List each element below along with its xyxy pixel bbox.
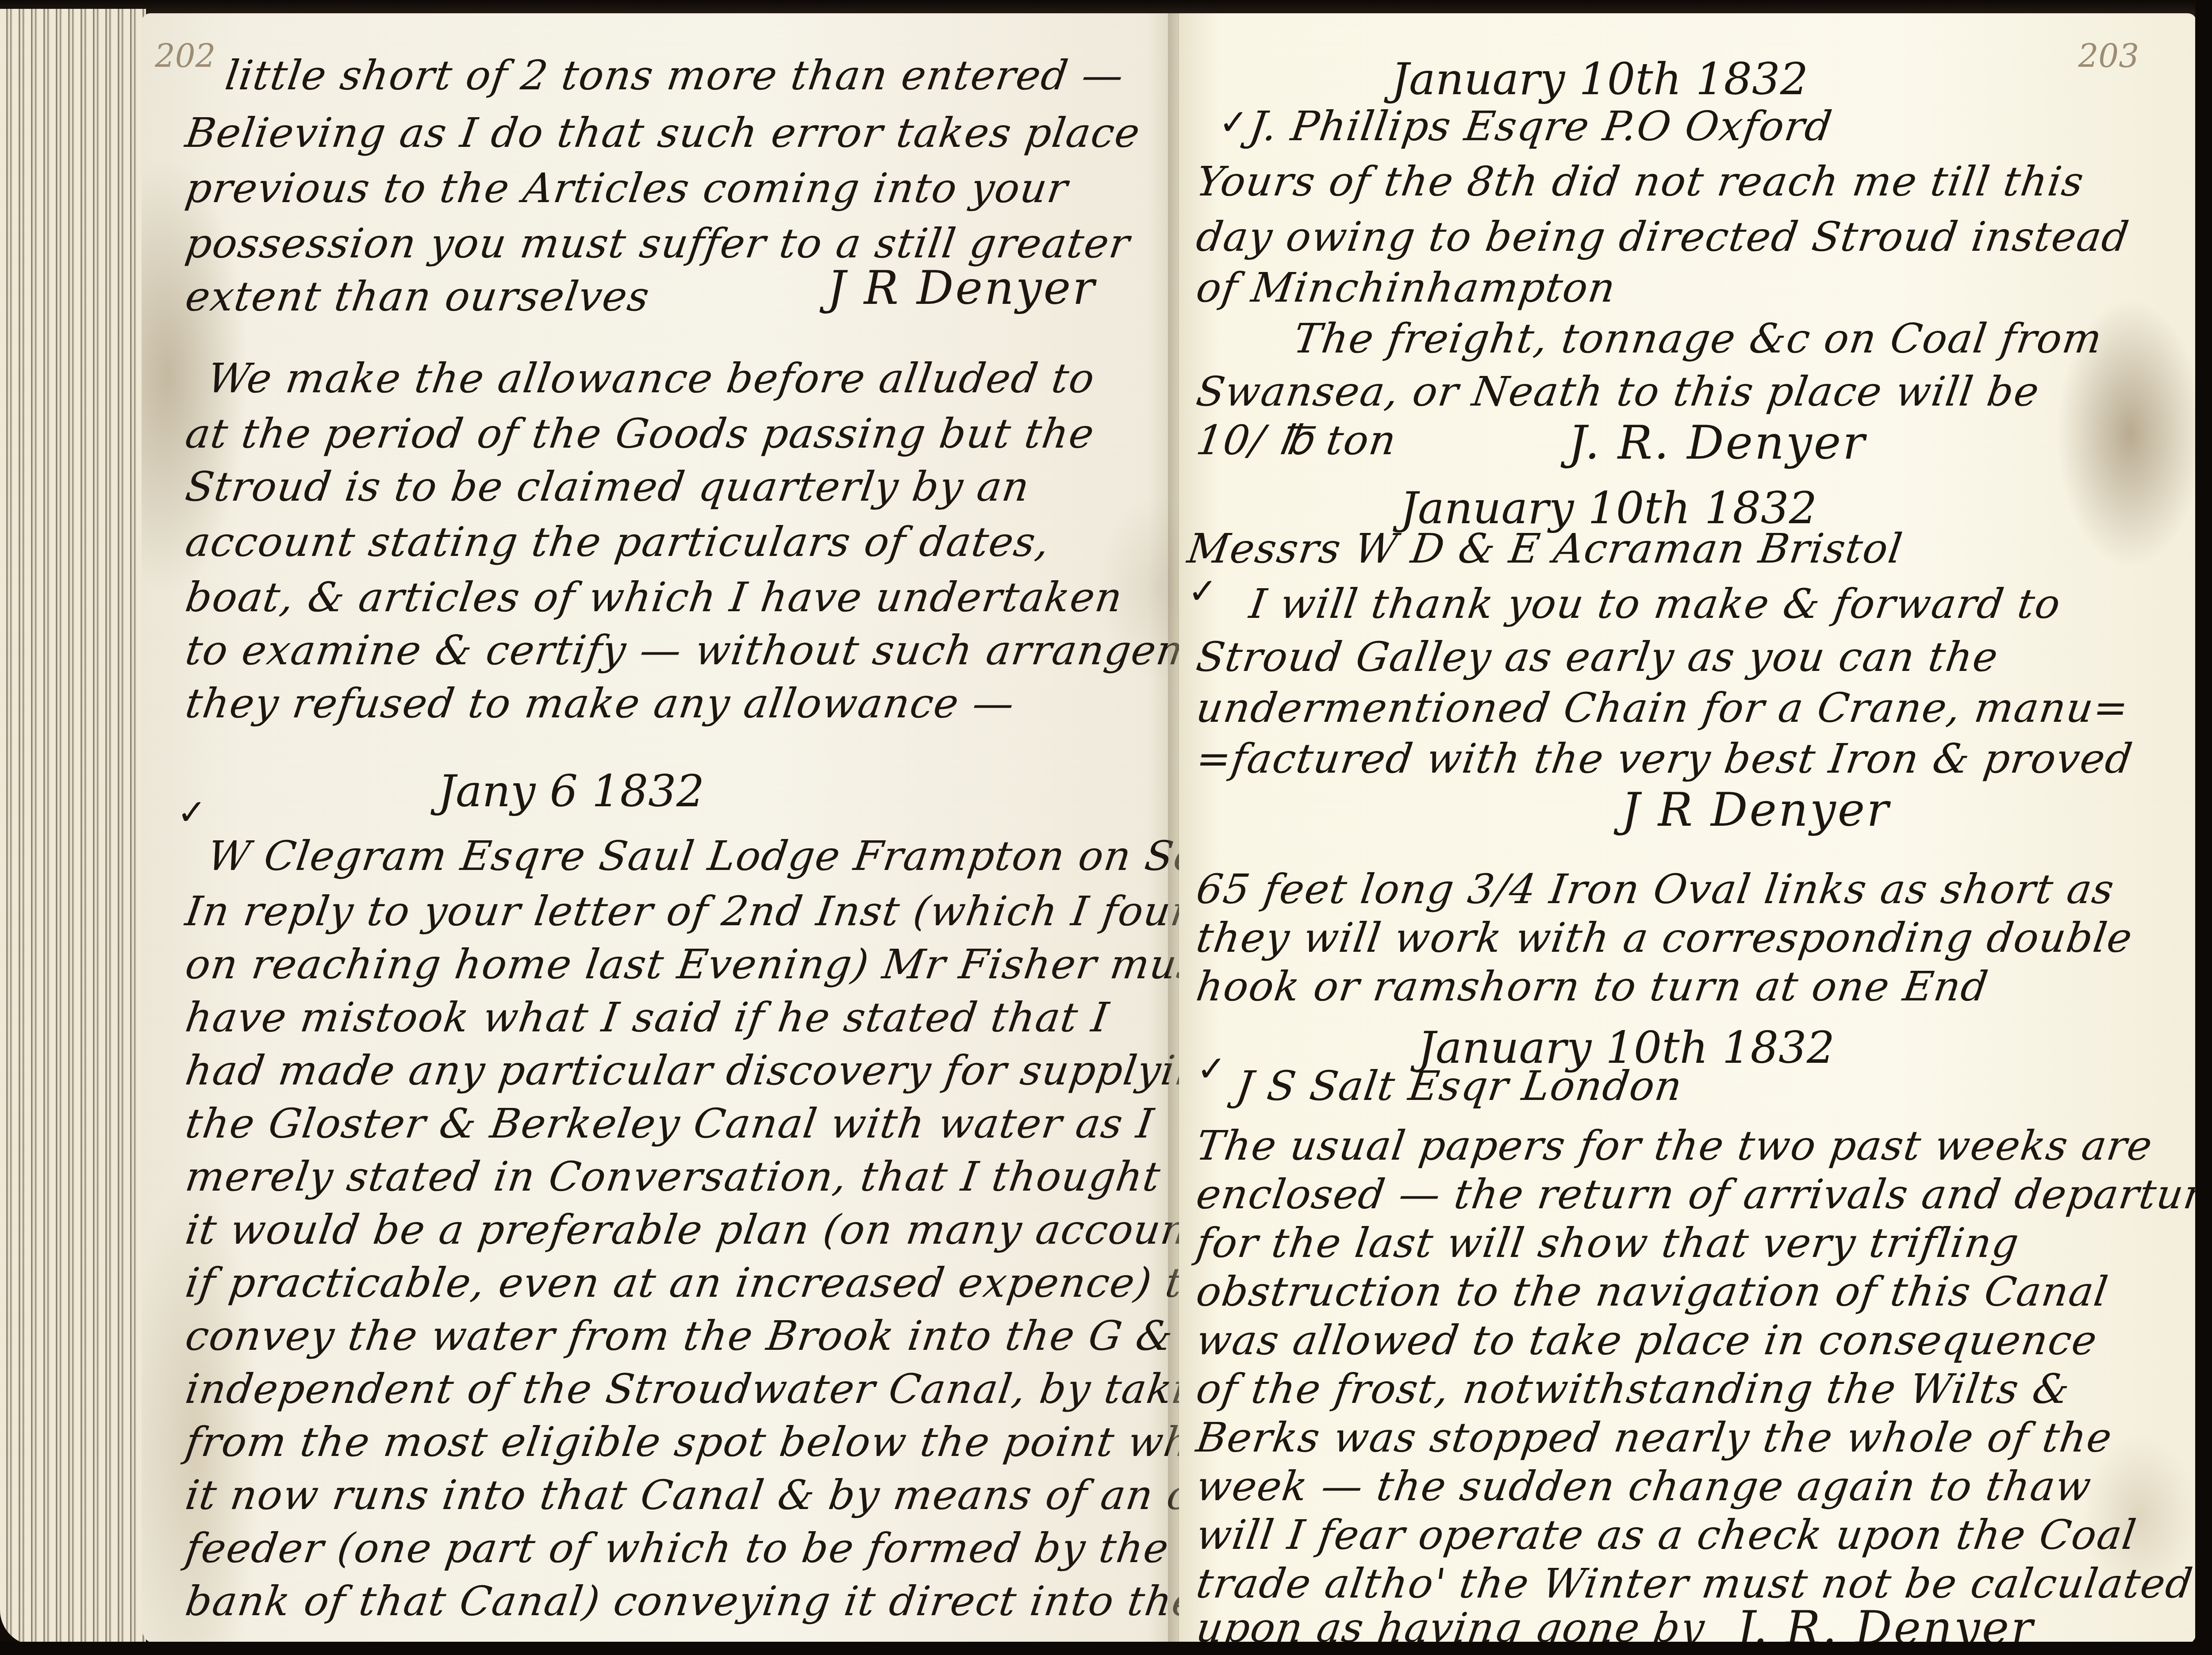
text-line: In reply to your letter of 2nd Inst (whi… [183, 891, 1179, 932]
letter-date: January 10th 1832 [1391, 53, 1808, 105]
signature-text: J. R. Denyer [1736, 1601, 2035, 1645]
text-line: We make the allowance before alluded to [205, 358, 1098, 399]
text-line: The usual papers for the two past weeks … [1194, 1126, 2155, 1166]
left-page: 202 little short of 2 tons more than ent… [142, 13, 1179, 1645]
signature: J R Denyer [827, 261, 1096, 315]
text-line: possession you must suffer to a still gr… [183, 223, 1133, 264]
page-stack-fore-edge [0, 9, 146, 1645]
postscript-line: hook or ramshorn to turn at one End [1194, 966, 1991, 1007]
text-line: Swansea, or Neath to this place will be [1194, 372, 2042, 412]
text-line: The freight, tonnage &c on Coal from [1291, 318, 2105, 359]
text-line: of the frost, notwithstanding the Wilts … [1194, 1369, 2073, 1410]
signature-text: J R Denyer [827, 261, 1096, 315]
text-line: on reaching home last Evening) Mr Fisher… [183, 944, 1179, 985]
text-line: to examine & certify — without such arra… [183, 630, 1179, 671]
text-line: bank of that Canal) conveying it direct … [183, 1581, 1179, 1622]
letter-addressee: W Clegram Esqre Saul Lodge Frampton on S… [205, 836, 1179, 877]
text-line: 10/ ℔ ton [1194, 420, 1399, 461]
text-line: Stroud is to be claimed quarterly by an [183, 467, 1033, 507]
text-line: little short of 2 tons more than entered… [223, 55, 1127, 96]
postscript-line: 65 feet long 3/4 Iron Oval links as shor… [1194, 869, 2117, 910]
checkmark-icon: ✓ [1188, 571, 1217, 612]
letter-addressee: Messrs W D & E Acraman Bristol [1185, 529, 1905, 569]
signature-text: J. R. Denyer [1568, 416, 1866, 470]
text-line: =factured with the very best Iron & prov… [1194, 739, 2135, 779]
text-line: week — the sudden change again to thaw [1194, 1466, 2094, 1507]
text-line: they refused to make any allowance — [183, 683, 1018, 724]
signature: J. R. Denyer [1568, 416, 1866, 470]
text-line: undermentioned Chain for a Crane, manu= [1194, 688, 2132, 728]
checkmark-icon: ✓ [1197, 1048, 1226, 1089]
book-cover-bottom [0, 1642, 2212, 1655]
text-line: extent than ourselves [183, 276, 653, 317]
text-line: account stating the particulars of dates… [183, 522, 1053, 563]
checkmark-icon: ✓ [177, 792, 207, 833]
text-line: feeder (one part of which to be formed b… [183, 1528, 1179, 1569]
text-line: enclosed — the return of arrivals and de… [1194, 1174, 2197, 1215]
text-line: at the period of the Goods passing but t… [183, 414, 1097, 454]
text-line: Yours of the 8th did not reach me till t… [1194, 161, 2087, 202]
text-line: obstruction to the navigation of this Ca… [1194, 1272, 2111, 1312]
text-line: Stroud Galley as early as you can the [1194, 637, 2001, 678]
postscript-line: they will work with a corresponding doub… [1194, 918, 2135, 958]
text-line: had made any particular discovery for su… [183, 1050, 1179, 1091]
text-line: boat, & articles of which I have underta… [183, 577, 1125, 618]
signature: J R Denyer [1621, 783, 1890, 837]
text-line: upon as having gone by [1194, 1608, 1708, 1645]
text-line: it now runs into that Canal & by means o… [183, 1475, 1179, 1516]
text-line: will I fear operate as a check upon the … [1194, 1515, 2139, 1555]
page-number: 202 [155, 38, 215, 75]
text-line: day owing to being directed Stroud inste… [1194, 217, 2132, 257]
text-line: if practicable, even at an increased exp… [183, 1263, 1179, 1303]
text-line: of Minchinhampton [1194, 268, 1619, 308]
text-line: independent of the Stroudwater Canal, by… [183, 1369, 1179, 1410]
letter-date: Jany 6 1832 [438, 765, 704, 817]
text-line: I will thank you to make & forward to [1247, 584, 2064, 624]
text-line: for the last will show that very triflin… [1194, 1223, 2022, 1264]
text-line: Berks was stopped nearly the whole of th… [1194, 1417, 2115, 1458]
text-line: from the most eligible spot below the po… [183, 1422, 1179, 1463]
book-cover-right [2195, 0, 2212, 1655]
text-line: the Gloster & Berkeley Canal with water … [183, 1103, 1157, 1144]
text-line: convey the water from the Brook into the… [183, 1316, 1179, 1356]
text-line: it would be a preferable plan (on many a… [183, 1210, 1179, 1250]
right-page: 203 January 10th 1832 ✓ J. Phillips Esqr… [1179, 13, 2197, 1645]
letter-addressee: J S Salt Esqr London [1234, 1066, 1686, 1107]
page-number: 203 [2078, 38, 2139, 75]
signature: J. R. Denyer [1736, 1601, 2035, 1645]
text-line: Believing as I do that such error takes … [183, 113, 1143, 153]
letter-addressee: J. Phillips Esqre P.O Oxford [1247, 106, 1835, 147]
text-line: merely stated in Conversation, that I th… [183, 1157, 1164, 1197]
text-line: previous to the Articles coming into you… [183, 168, 1071, 209]
signature-text: J R Denyer [1621, 783, 1890, 837]
text-line: trade altho' the Winter must not be calc… [1194, 1563, 2196, 1604]
checkmark-icon: ✓ [1219, 102, 1248, 143]
open-letter-book: 202 little short of 2 tons more than ent… [0, 0, 2212, 1655]
text-line: was allowed to take place in consequence [1194, 1320, 2100, 1361]
text-line: have mistook what I said if he stated th… [183, 997, 1112, 1038]
